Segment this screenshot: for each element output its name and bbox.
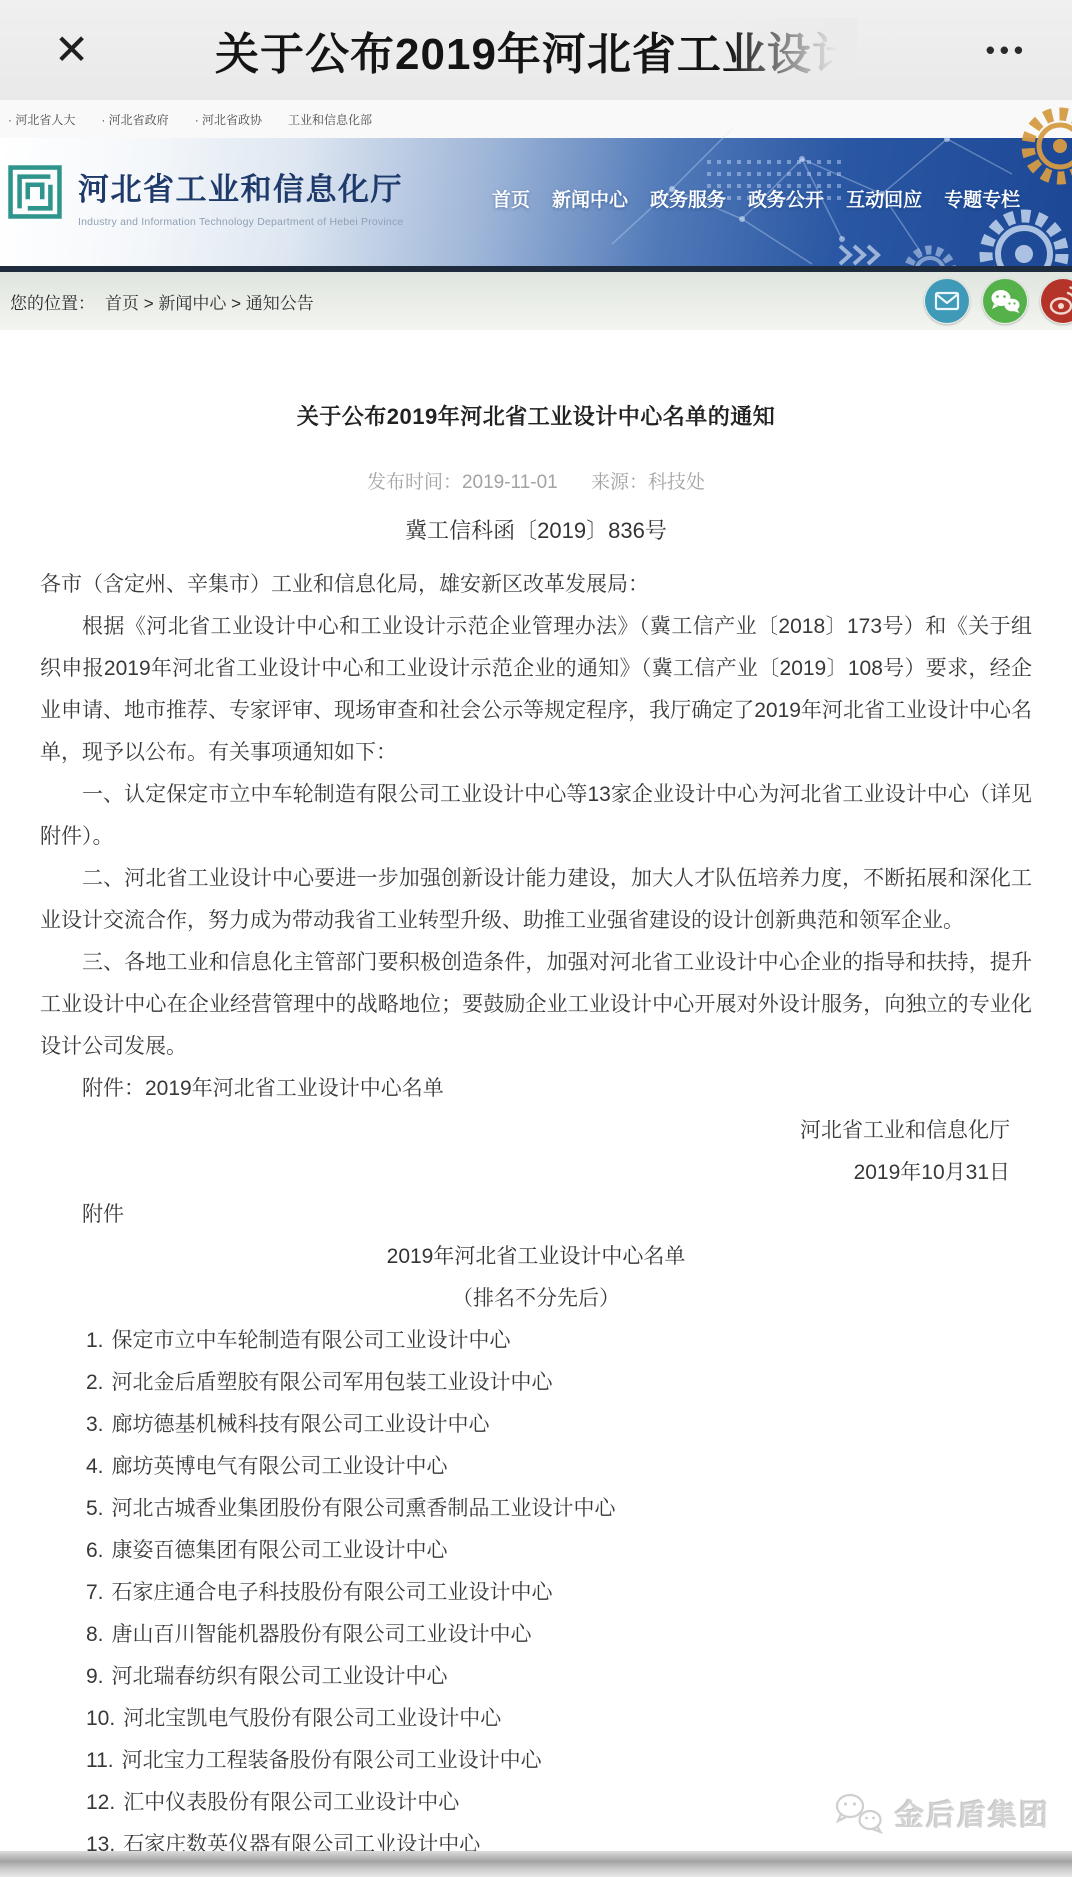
company-number: 9. [86,1665,104,1688]
company-list: 1.保定市立中车轮制造有限公司工业设计中心 2.河北金后盾塑胶有限公司军用包装工… [40,1320,1032,1866]
company-name: 石家庄通合电子科技股份有限公司工业设计中心 [112,1581,553,1604]
paragraph: 二、河北省工业设计中心要进一步加强创新设计能力建设，加大人才队伍培养力度，不断拓… [40,858,1032,942]
watermark-text: 金后盾集团 [895,1793,1050,1834]
sign-date: 2019年10月31日 [40,1152,1010,1194]
wechat-bubbles-icon [833,1790,887,1836]
nav-item[interactable]: 专题专栏 [944,185,1020,212]
article: 关于公布2019年河北省工业设计中心名单的通知 发布时间：2019-11-01 … [0,330,1072,1866]
header-top-links: · 河北省人大· 河北省政府· 河北省政协工业和信息化部 [0,100,1072,138]
company-name: 河北金后盾塑胶有限公司军用包装工业设计中心 [112,1371,553,1394]
company-list-item: 8.唐山百川智能机器股份有限公司工业设计中心 [86,1614,1032,1656]
nav-item[interactable]: 首页 [492,185,530,212]
company-number: 1. [86,1329,104,1352]
org-name: 河北省工业和信息化厅 [78,164,403,209]
header-top-link[interactable]: · 河北省人大 [8,111,75,128]
company-list-item: 9.河北瑞春纺织有限公司工业设计中心 [86,1656,1032,1698]
company-list-item: 7.石家庄通合电子科技股份有限公司工业设计中心 [86,1572,1032,1614]
article-meta: 发布时间：2019-11-01 来源：科技处 [40,467,1032,494]
org-name-english: Industry and Information Technology Depa… [78,216,403,228]
title-fade [727,18,857,82]
paragraph: 一、认定保定市立中车轮制造有限公司工业设计中心等13家企业设计中心为河北省工业设… [40,774,1032,858]
company-name: 廊坊英博电气有限公司工业设计中心 [112,1455,448,1478]
company-number: 3. [86,1413,104,1436]
header-top-link[interactable]: · 河北省政府 [101,111,168,128]
company-list-item: 10.河北宝凯电气股份有限公司工业设计中心 [86,1698,1032,1740]
company-number: 5. [86,1497,104,1520]
company-name: 河北宝力工程装备股份有限公司工业设计中心 [122,1749,542,1772]
breadcrumb-label: 您的位置： [10,289,95,314]
company-name: 河北宝凯电气股份有限公司工业设计中心 [123,1707,501,1730]
appendix-note: （排名不分先后） [40,1278,1032,1320]
header-divider [0,266,1072,272]
company-name: 汇中仪表股份有限公司工业设计中心 [123,1791,459,1814]
header-top-link[interactable]: · 河北省政协 [195,111,262,128]
share-icons [924,278,1072,324]
more-menu-icon[interactable]: ••• [986,37,1028,63]
watermark: 金后盾集团 [833,1790,1050,1836]
company-number: 2. [86,1371,104,1394]
company-number: 8. [86,1623,104,1646]
close-icon[interactable]: ✕ [54,29,89,71]
company-name: 唐山百川智能机器股份有限公司工业设计中心 [112,1623,532,1646]
appendix-label: 附件 [40,1194,1032,1236]
signature-block: 河北省工业和信息化厅 2019年10月31日 [40,1110,1032,1194]
article-body: 各市（含定州、辛集市）工业和信息化局，雄安新区改革发展局： 根据《河北省工业设计… [40,564,1032,1110]
breadcrumb: 您的位置： 首页 > 新闻中心 > 通知公告 [0,272,1072,330]
salutation: 各市（含定州、辛集市）工业和信息化局，雄安新区改革发展局： [40,564,1032,606]
company-name: 河北瑞春纺织有限公司工业设计中心 [112,1665,448,1688]
paragraph: 三、各地工业和信息化主管部门要积极创造条件，加强对河北省工业设计中心企业的指导和… [40,942,1032,1068]
company-list-item: 3.廊坊德基机械科技有限公司工业设计中心 [86,1404,1032,1446]
gear-large-icon [986,216,1062,268]
company-number: 6. [86,1539,104,1562]
header-top-link[interactable]: 工业和信息化部 [288,111,372,128]
chevron-decoration [840,246,878,264]
publish-date: 发布时间：2019-11-01 [367,472,558,493]
signer: 河北省工业和信息化厅 [40,1110,1010,1152]
appendix-title: 2019年河北省工业设计中心名单 [40,1236,1032,1278]
company-list-item: 5.河北古城香业集团股份有限公司熏香制品工业设计中心 [86,1488,1032,1530]
site-banner: 河北省工业和信息化厅 Industry and Information Tech… [0,138,1072,266]
article-title: 关于公布2019年河北省工业设计中心名单的通知 [40,400,1032,431]
org-block: 河北省工业和信息化厅 Industry and Information Tech… [78,164,403,228]
titlebar-title-wrap: 关于公布2019年河北省工业设计 [215,18,857,82]
article-source: 来源：科技处 [591,472,705,493]
nav-item[interactable]: 政务服务 [650,185,726,212]
company-number: 4. [86,1455,104,1478]
company-list-item: 6.康姿百德集团有限公司工业设计中心 [86,1530,1032,1572]
company-name: 廊坊德基机械科技有限公司工业设计中心 [112,1413,490,1436]
paragraphs: 根据《河北省工业设计中心和工业设计示范企业管理办法》（冀工信产业〔2018〕17… [40,606,1032,1110]
main-nav: 首页新闻中心政务服务政务公开互动回应专题专栏 [492,185,1020,212]
company-number: 7. [86,1581,104,1604]
company-number: 11. [86,1749,114,1772]
company-list-item: 1.保定市立中车轮制造有限公司工业设计中心 [86,1320,1032,1362]
nav-item[interactable]: 政务公开 [748,185,824,212]
paragraph: 附件：2019年河北省工业设计中心名单 [40,1068,1032,1110]
titlebar: ✕ 关于公布2019年河北省工业设计 ••• [0,0,1072,100]
weibo-share-icon[interactable] [1040,278,1072,324]
bottom-strip [0,1851,1072,1877]
company-name: 河北古城香业集团股份有限公司熏香制品工业设计中心 [112,1497,616,1520]
company-number: 12. [86,1791,115,1814]
company-name: 康姿百德集团有限公司工业设计中心 [112,1539,448,1562]
company-list-item: 2.河北金后盾塑胶有限公司军用包装工业设计中心 [86,1362,1032,1404]
company-name: 保定市立中车轮制造有限公司工业设计中心 [112,1329,511,1352]
wechat-share-icon[interactable] [982,278,1028,324]
company-number: 10. [86,1707,115,1730]
org-logo-icon [6,163,64,221]
email-share-icon[interactable] [924,278,970,324]
nav-item[interactable]: 互动回应 [846,185,922,212]
breadcrumb-path[interactable]: 首页 > 新闻中心 > 通知公告 [105,289,314,314]
company-list-item: 4.廊坊英博电气有限公司工业设计中心 [86,1446,1032,1488]
document-number: 冀工信科函〔2019〕836号 [40,510,1032,552]
nav-item[interactable]: 新闻中心 [552,185,628,212]
company-list-item: 11.河北宝力工程装备股份有限公司工业设计中心 [86,1740,1032,1782]
paragraph: 根据《河北省工业设计中心和工业设计示范企业管理办法》（冀工信产业〔2018〕17… [40,606,1032,774]
